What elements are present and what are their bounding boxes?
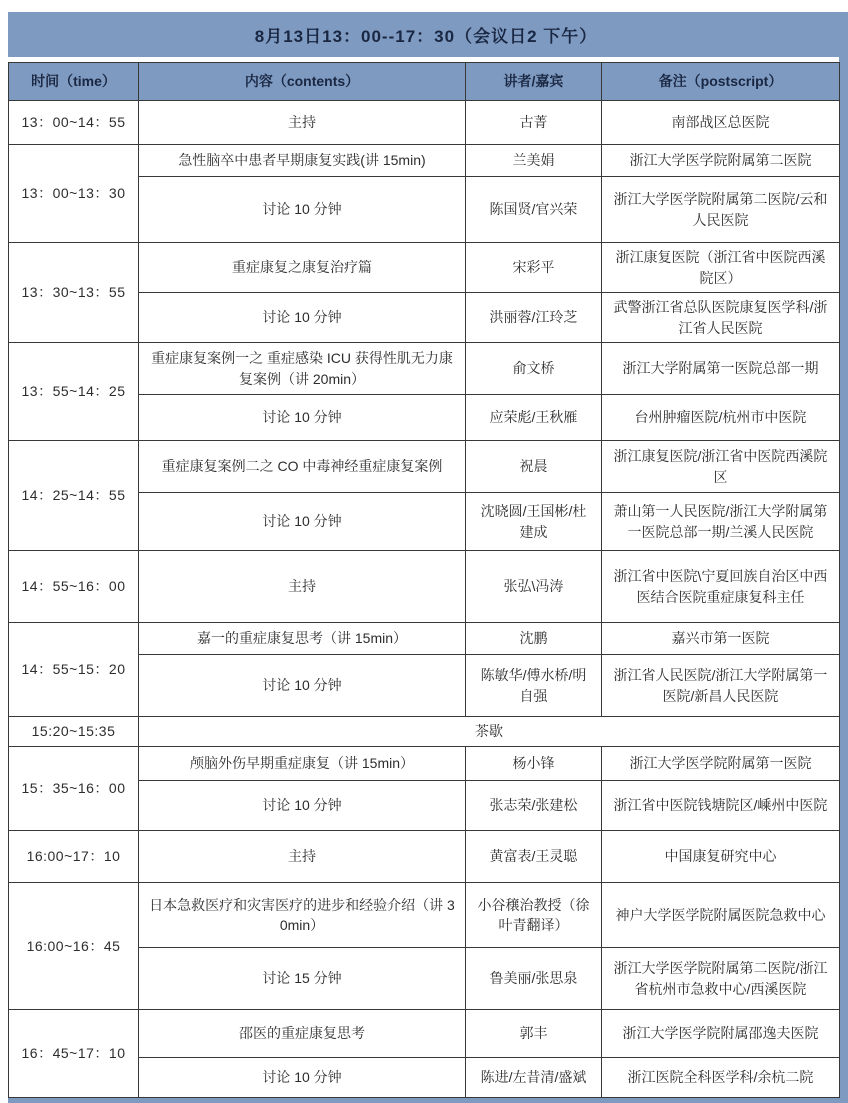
content-cell: 嘉一的重症康复思考（讲 15min） xyxy=(139,623,466,655)
speaker-cell: 陈敏华/傅水桥/明自强 xyxy=(466,655,602,717)
note-cell: 浙江大学医学院附属第二医院/云和人民医院 xyxy=(602,177,840,243)
header-row: 时间（time） 内容（contents） 讲者/嘉宾 备注（postscrip… xyxy=(9,63,840,101)
content-cell: 讨论 10 分钟 xyxy=(139,293,466,343)
speaker-cell: 应荣彪/王秋雁 xyxy=(466,395,602,441)
time-cell: 16：45~17：10 xyxy=(9,1010,139,1098)
speaker-cell: 洪丽蓉/江玲芝 xyxy=(466,293,602,343)
note-cell: 浙江医院全科医学科/余杭二院 xyxy=(602,1058,840,1098)
speaker-cell: 郭丰 xyxy=(466,1010,602,1058)
session-row: 16:00~17：10 主持 黄富表/王灵聪 中国康复研究中心 xyxy=(9,831,840,883)
speaker-cell: 黄富表/王灵聪 xyxy=(466,831,602,883)
content-cell: 主持 xyxy=(139,831,466,883)
note-cell: 萧山第一人民医院/浙江大学附属第一医院总部一期/兰溪人民医院 xyxy=(602,493,840,551)
schedule-title: 8月13日13：00--17：30（会议日2 下午） xyxy=(8,12,844,57)
session-row: 13：00~14：55 主持 古菁 南部战区总医院 xyxy=(9,101,840,145)
session-row: 14：25~14：55 重症康复案例二之 CO 中毒神经重症康复案例 祝晨 浙江… xyxy=(9,441,840,493)
note-cell: 嘉兴市第一医院 xyxy=(602,623,840,655)
right-border-strip xyxy=(839,12,848,1103)
tea-break-row: 15:20~15:35 茶歇 xyxy=(9,717,840,747)
note-cell: 南部战区总医院 xyxy=(602,101,840,145)
speaker-cell: 陈进/左昔清/盛斌 xyxy=(466,1058,602,1098)
time-cell: 14：25~14：55 xyxy=(9,441,139,551)
session-row: 16:00~16：45 日本急救医疗和灾害医疗的进步和经验介绍（讲 30min）… xyxy=(9,883,840,948)
time-cell: 14：55~15：20 xyxy=(9,623,139,717)
content-cell: 邵医的重症康复思考 xyxy=(139,1010,466,1058)
note-cell: 浙江大学医学院附属第二医院/浙江省杭州市急救中心/西溪医院 xyxy=(602,948,840,1010)
note-cell: 浙江大学医学院附属第一医院 xyxy=(602,747,840,781)
speaker-cell: 鲁美丽/张思泉 xyxy=(466,948,602,1010)
content-cell: 颅脑外伤早期重症康复（讲 15min） xyxy=(139,747,466,781)
header-time: 时间（time） xyxy=(9,63,139,101)
speaker-cell: 沈鹏 xyxy=(466,623,602,655)
note-cell: 浙江大学医学院附属邵逸夫医院 xyxy=(602,1010,840,1058)
time-cell: 13：00~13：30 xyxy=(9,145,139,243)
note-cell: 浙江康复医院（浙江省中医院西溪院区） xyxy=(602,243,840,293)
header-contents: 内容（contents） xyxy=(139,63,466,101)
speaker-cell: 古菁 xyxy=(466,101,602,145)
content-cell: 讨论 10 分钟 xyxy=(139,1058,466,1098)
speaker-cell: 俞文桥 xyxy=(466,343,602,395)
content-cell: 急性脑卒中患者早期康复实践(讲 15min) xyxy=(139,145,466,177)
speaker-cell: 宋彩平 xyxy=(466,243,602,293)
note-cell: 武警浙江省总队医院康复医学科/浙江省人民医院 xyxy=(602,293,840,343)
note-cell: 浙江省中医院\宁夏回族自治区中西医结合医院重症康复科主任 xyxy=(602,551,840,623)
time-cell: 16:00~17：10 xyxy=(9,831,139,883)
time-cell: 13：55~14：25 xyxy=(9,343,139,441)
session-row: 16：45~17：10 邵医的重症康复思考 郭丰 浙江大学医学院附属邵逸夫医院 xyxy=(9,1010,840,1058)
tea-break-cell: 茶歇 xyxy=(139,717,840,747)
table-wrap: 时间（time） 内容（contents） 讲者/嘉宾 备注（postscrip… xyxy=(8,62,840,1098)
speaker-cell: 小谷穣治教授（徐叶青翻译） xyxy=(466,883,602,948)
note-cell: 浙江康复医院/浙江省中医院西溪院区 xyxy=(602,441,840,493)
time-cell: 13：30~13：55 xyxy=(9,243,139,343)
header-speaker: 讲者/嘉宾 xyxy=(466,63,602,101)
note-cell: 浙江省人民医院/浙江大学附属第一医院/新昌人民医院 xyxy=(602,655,840,717)
time-cell: 16:00~16：45 xyxy=(9,883,139,1010)
speaker-cell: 陈国贤/官兴荣 xyxy=(466,177,602,243)
content-cell: 讨论 10 分钟 xyxy=(139,781,466,831)
speaker-cell: 张志荣/张建松 xyxy=(466,781,602,831)
session-row: 14：55~16：00 主持 张弘\冯涛 浙江省中医院\宁夏回族自治区中西医结合… xyxy=(9,551,840,623)
note-cell: 浙江省中医院钱塘院区/嵊州中医院 xyxy=(602,781,840,831)
note-cell: 中国康复研究中心 xyxy=(602,831,840,883)
time-cell: 14：55~16：00 xyxy=(9,551,139,623)
page: 8月13日13：00--17：30（会议日2 下午） 时间（time） 内容（c… xyxy=(0,0,848,1103)
content-cell: 讨论 10 分钟 xyxy=(139,493,466,551)
speaker-cell: 杨小锋 xyxy=(466,747,602,781)
session-row: 14：55~15：20 嘉一的重症康复思考（讲 15min） 沈鹏 嘉兴市第一医… xyxy=(9,623,840,655)
note-cell: 台州肿瘤医院/杭州市中医院 xyxy=(602,395,840,441)
content-cell: 重症康复案例一之 重症感染 ICU 获得性肌无力康复案例（讲 20min） xyxy=(139,343,466,395)
note-cell: 浙江大学医学院附属第二医院 xyxy=(602,145,840,177)
speaker-cell: 张弘\冯涛 xyxy=(466,551,602,623)
time-cell: 15：35~16：00 xyxy=(9,747,139,831)
content-cell: 重症康复案例二之 CO 中毒神经重症康复案例 xyxy=(139,441,466,493)
time-cell: 15:20~15:35 xyxy=(9,717,139,747)
session-row: 15：35~16：00 颅脑外伤早期重症康复（讲 15min） 杨小锋 浙江大学… xyxy=(9,747,840,781)
session-row: 13：30~13：55 重症康复之康复治疗篇 宋彩平 浙江康复医院（浙江省中医院… xyxy=(9,243,840,293)
content-cell: 主持 xyxy=(139,551,466,623)
content-cell: 重症康复之康复治疗篇 xyxy=(139,243,466,293)
content-cell: 讨论 10 分钟 xyxy=(139,395,466,441)
session-row: 13：55~14：25 重症康复案例一之 重症感染 ICU 获得性肌无力康复案例… xyxy=(9,343,840,395)
speaker-cell: 兰美娟 xyxy=(466,145,602,177)
speaker-cell: 祝晨 xyxy=(466,441,602,493)
content-cell: 日本急救医疗和灾害医疗的进步和经验介绍（讲 30min） xyxy=(139,883,466,948)
note-cell: 浙江大学附属第一医院总部一期 xyxy=(602,343,840,395)
content-cell: 讨论 15 分钟 xyxy=(139,948,466,1010)
note-cell: 神户大学医学院附属医院急救中心 xyxy=(602,883,840,948)
content-cell: 主持 xyxy=(139,101,466,145)
content-cell: 讨论 10 分钟 xyxy=(139,655,466,717)
session-row: 13：00~13：30 急性脑卒中患者早期康复实践(讲 15min) 兰美娟 浙… xyxy=(9,145,840,177)
schedule-table: 时间（time） 内容（contents） 讲者/嘉宾 备注（postscrip… xyxy=(8,62,840,1098)
speaker-cell: 沈晓圆/王国彬/杜建成 xyxy=(466,493,602,551)
time-cell: 13：00~14：55 xyxy=(9,101,139,145)
header-note: 备注（postscript） xyxy=(602,63,840,101)
content-cell: 讨论 10 分钟 xyxy=(139,177,466,243)
